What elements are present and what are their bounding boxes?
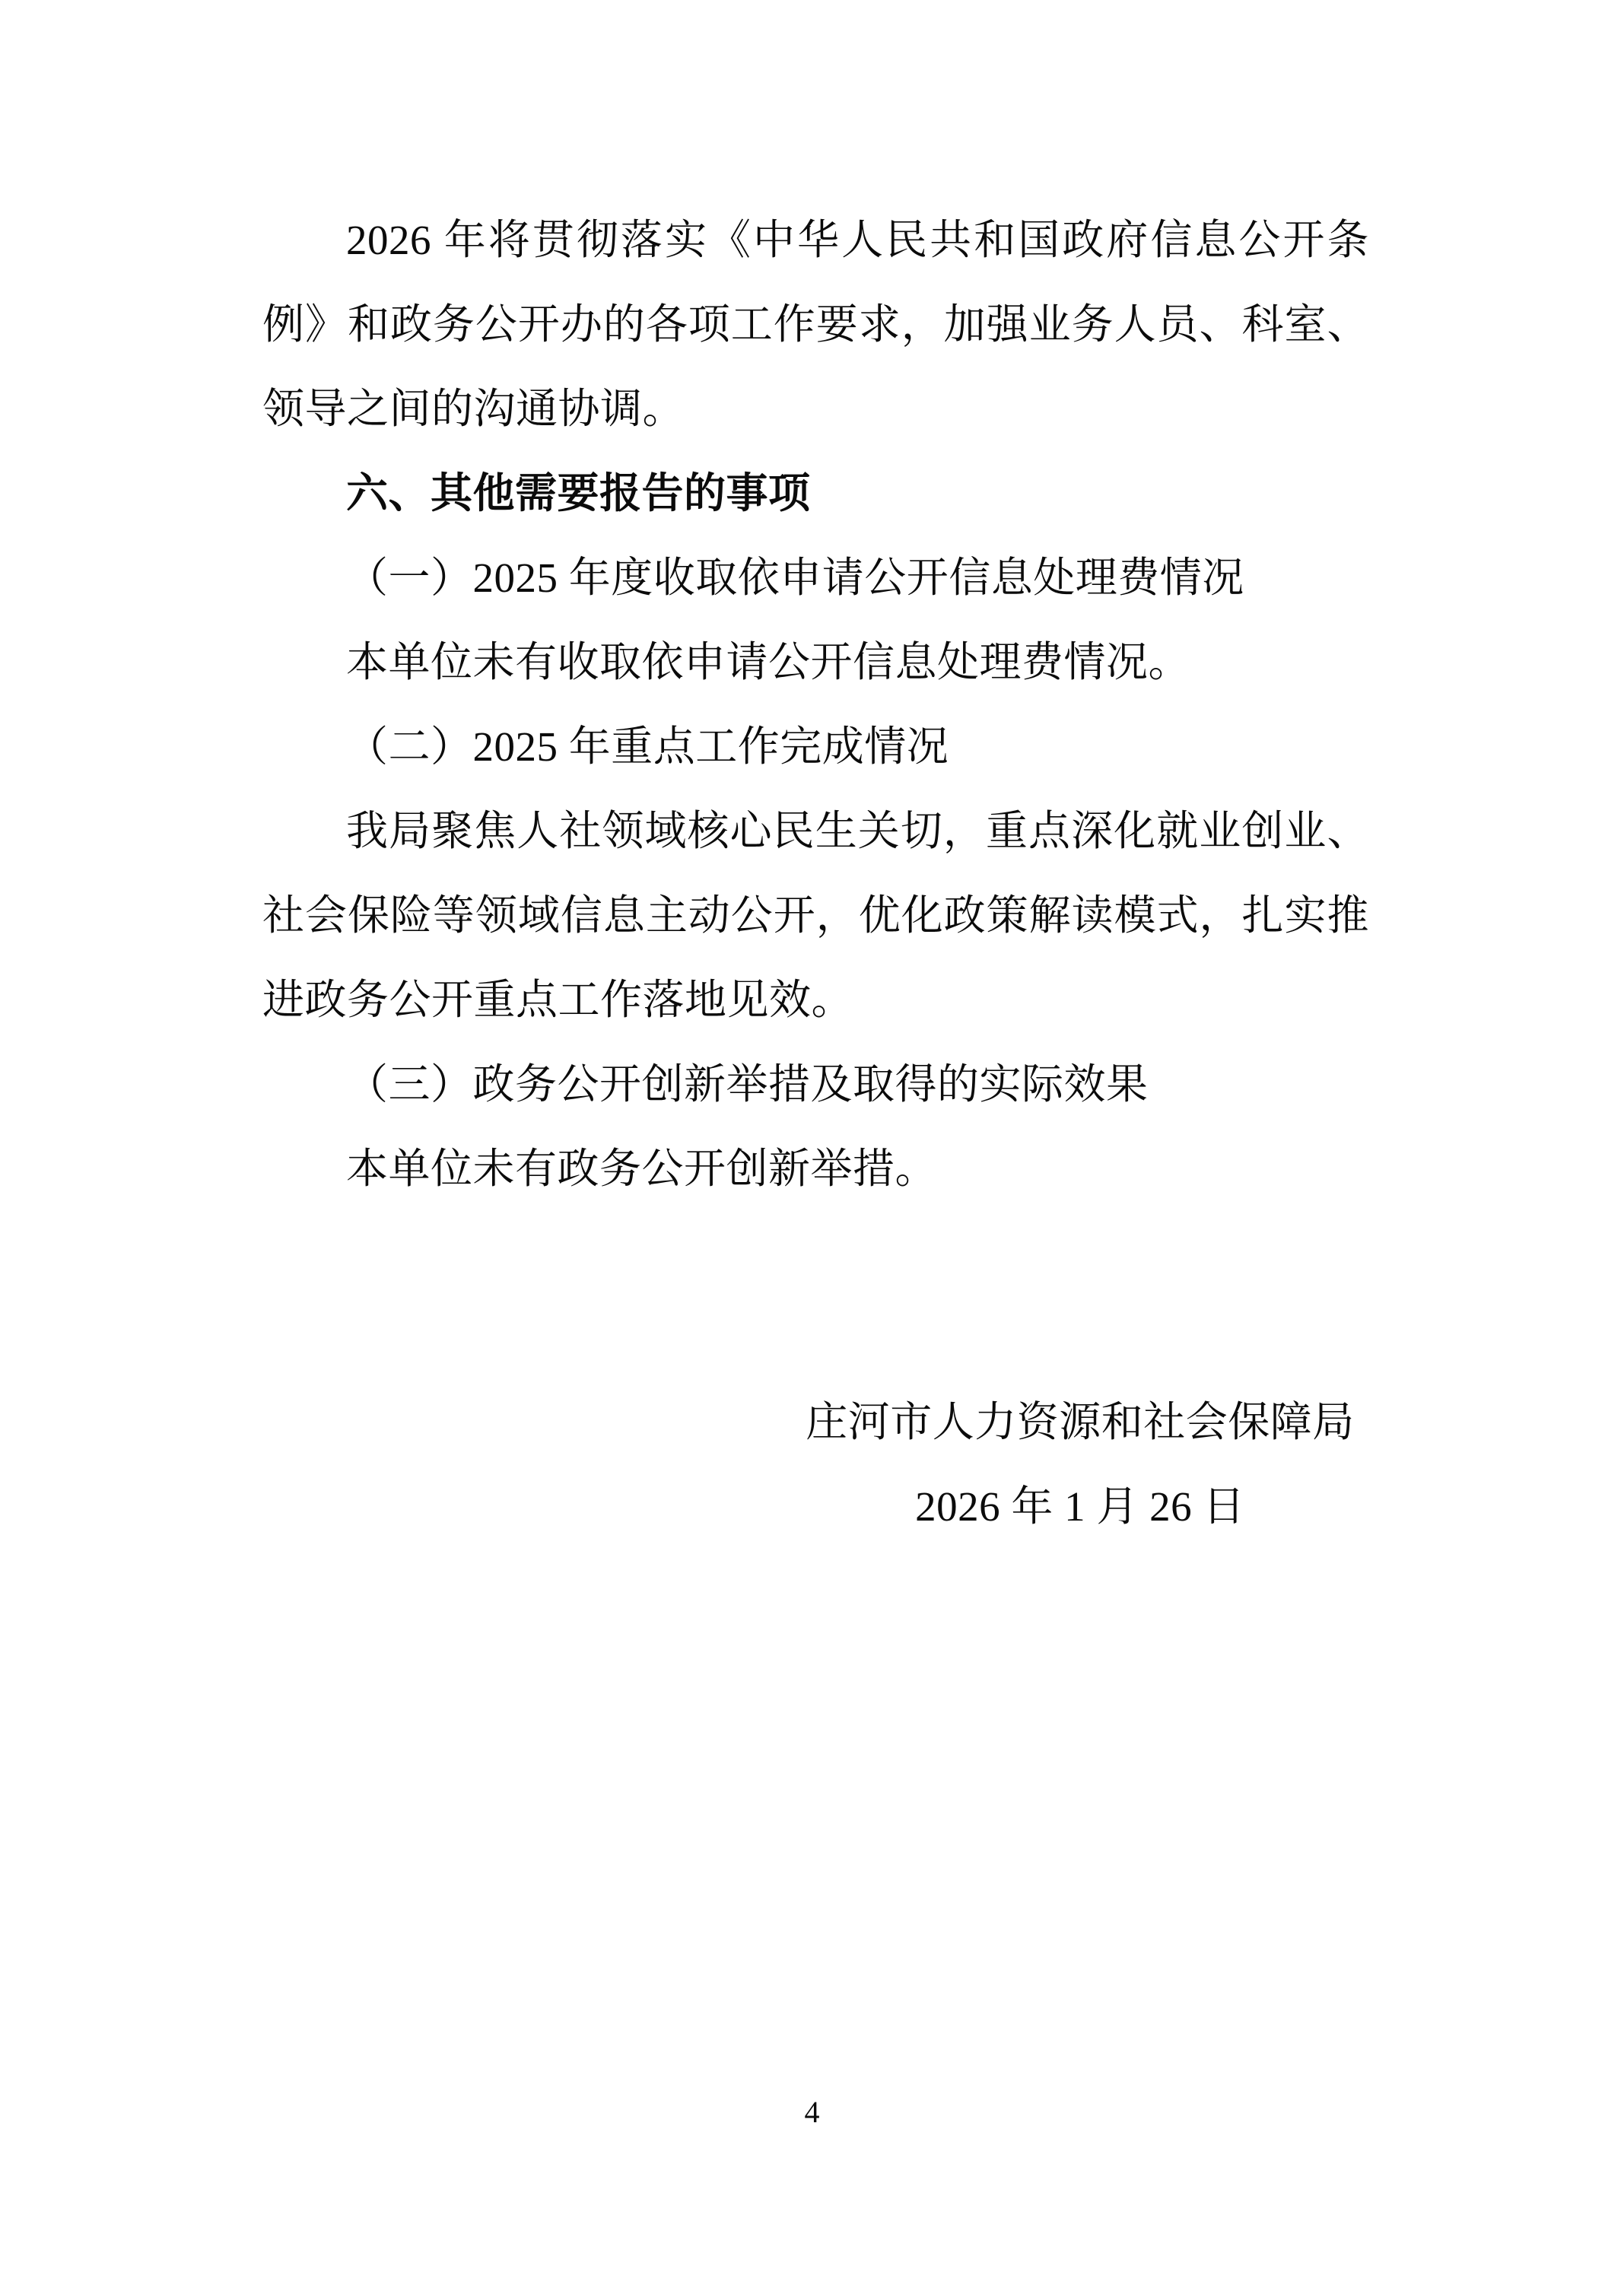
document-body: 2026 年将贯彻落实《中华人民共和国政府信息公开条例》和政务公开办的各项工作要…: [262, 198, 1369, 1549]
item-one-heading: （一）2025 年度收取依申请公开信息处理费情况: [262, 536, 1369, 620]
item-one-body: 本单位未有收取依申请公开信息处理费情况。: [262, 620, 1369, 704]
signature-organization: 庄河市人力资源和社会保障局: [795, 1380, 1365, 1464]
item-three-heading: （三）政务公开创新举措及取得的实际效果: [262, 1042, 1369, 1127]
signature-block: 庄河市人力资源和社会保障局 2026 年 1 月 26 日: [795, 1380, 1365, 1549]
page-number: 4: [0, 2093, 1624, 2131]
item-two-body: 我局聚焦人社领域核心民生关切，重点深化就业创业、社会保险等领域信息主动公开，优化…: [262, 789, 1369, 1042]
item-three-body: 本单位未有政务公开创新举措。: [262, 1127, 1369, 1211]
heading-section-six: 六、其他需要报告的事项: [262, 451, 1369, 536]
signature-date: 2026 年 1 月 26 日: [795, 1464, 1365, 1549]
document-page: 2026 年将贯彻落实《中华人民共和国政府信息公开条例》和政务公开办的各项工作要…: [0, 0, 1624, 2282]
paragraph-2026-plan: 2026 年将贯彻落实《中华人民共和国政府信息公开条例》和政务公开办的各项工作要…: [262, 198, 1369, 451]
item-two-heading: （二）2025 年重点工作完成情况: [262, 704, 1369, 789]
